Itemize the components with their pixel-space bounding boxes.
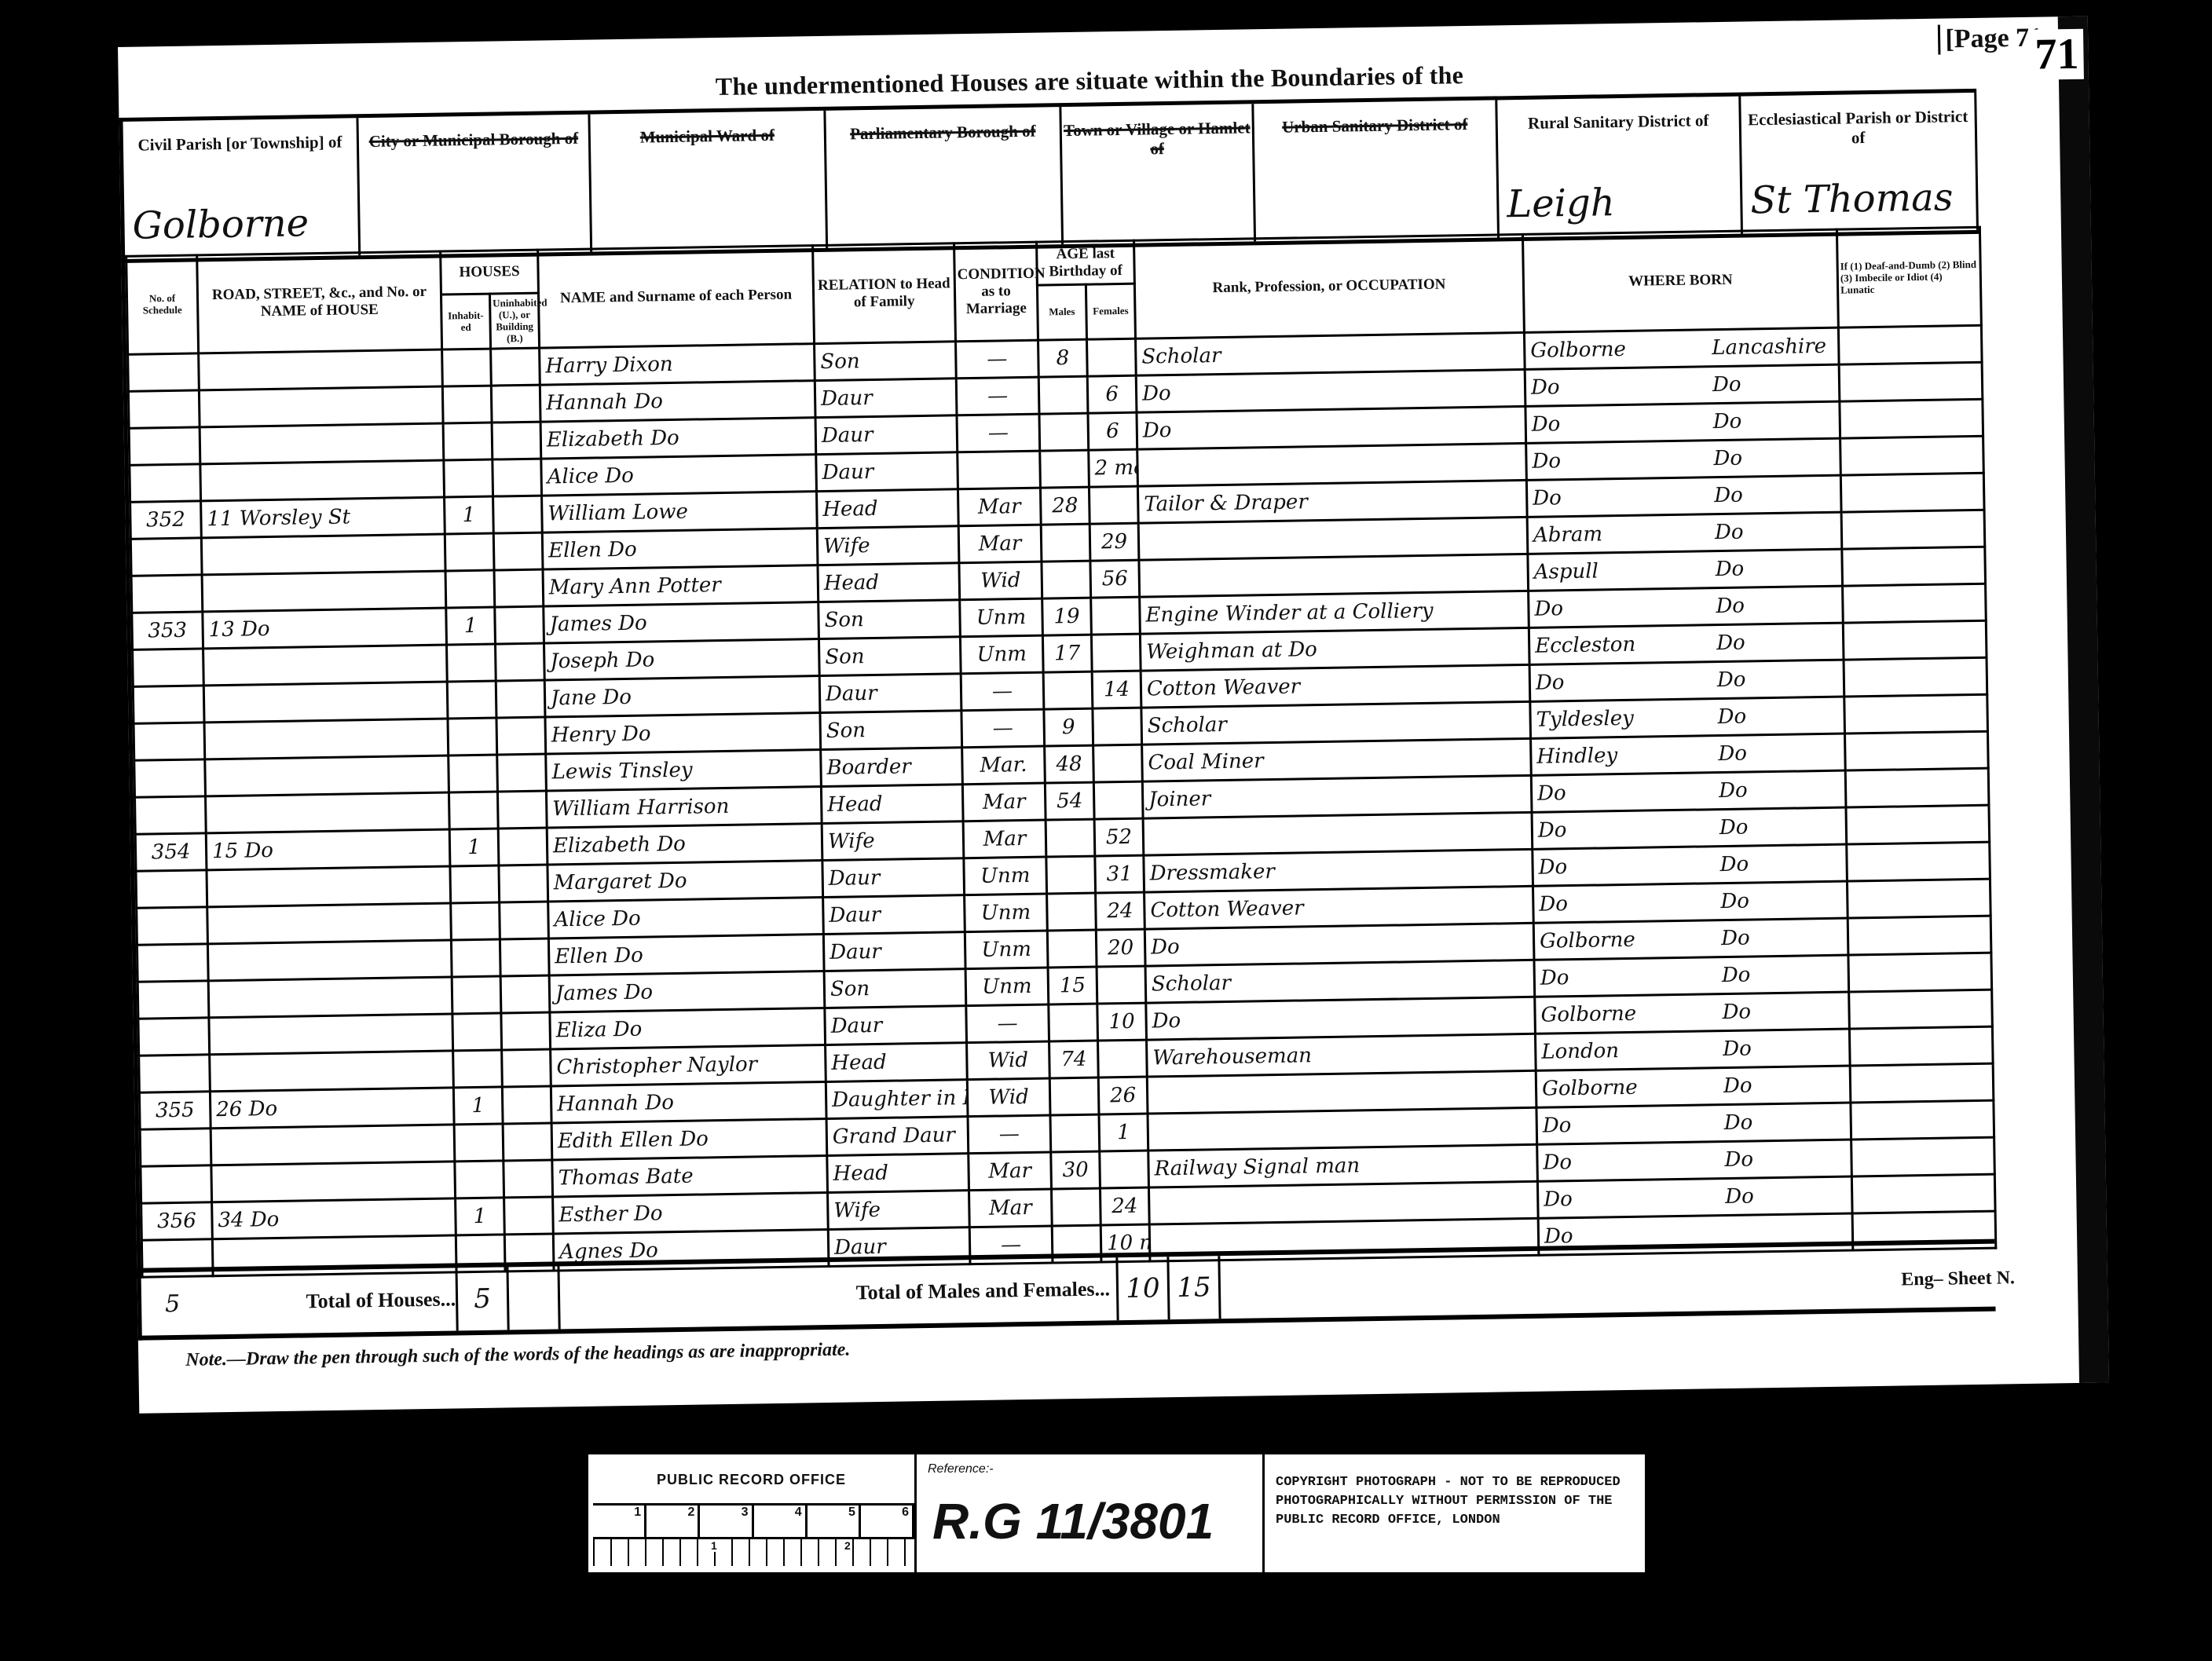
row-male-age: [1043, 672, 1093, 710]
row-relation: Grand Daur: [826, 1117, 969, 1156]
row-schedule: [138, 1018, 210, 1056]
row-female-age: [1091, 598, 1141, 635]
row-schedule: 355: [139, 1092, 211, 1129]
row-name: Edith Ellen Do: [551, 1119, 827, 1160]
district-value: St Thomas: [1750, 175, 1968, 222]
sheet-label: Eng– Sheet N.: [1901, 1268, 2015, 1290]
row-name: Mary Ann Potter: [543, 565, 819, 606]
district-label: Ecclesiastical Parish or District of: [1741, 107, 1976, 150]
row-schedule: [128, 353, 200, 391]
row-infirmity: [1851, 1101, 1994, 1140]
row-infirmity: [1838, 326, 1982, 365]
row-schedule: 354: [135, 833, 207, 871]
row-occupation: Do: [1144, 924, 1534, 967]
born-place: Do: [1539, 891, 1720, 917]
row-inhabited: 1: [453, 1087, 503, 1125]
ruler-tick-label: 6: [861, 1506, 914, 1537]
row-schedule: [134, 759, 206, 797]
born-county: Do: [1717, 705, 1746, 730]
row-infirmity: [1846, 806, 1990, 845]
row-infirmity: [1848, 916, 1991, 956]
row-inhabited: [450, 865, 500, 903]
row-road: [211, 1162, 456, 1202]
born-county: Do: [1724, 1111, 1753, 1136]
row-road: [205, 755, 449, 796]
row-female-age: 2 mo.: [1089, 450, 1138, 488]
row-female-age: 10: [1097, 1004, 1147, 1041]
row-infirmity: [1850, 1064, 1994, 1103]
row-infirmity: [1849, 1027, 1993, 1066]
row-occupation: [1148, 1108, 1537, 1151]
district-label: Parliamentary Borough of: [826, 121, 1060, 145]
row-inhabited: [448, 718, 497, 755]
record-office-title: PUBLIC RECORD OFFICE: [588, 1454, 914, 1488]
row-road: [208, 977, 452, 1018]
row-road: [207, 940, 452, 981]
total-houses-label: Total of Houses...: [212, 1287, 456, 1315]
ruler-tick-label: 1: [593, 1506, 646, 1537]
row-inhabited: [455, 1161, 504, 1198]
row-condition: Wid: [967, 1041, 1050, 1080]
row-inhabited: [442, 386, 492, 424]
row-name: Hannah Do: [540, 381, 815, 422]
row-male-age: [1046, 857, 1096, 895]
row-male-age: [1039, 414, 1089, 452]
born-place: Do: [1538, 817, 1719, 843]
born-county: Do: [1723, 1074, 1752, 1099]
row-name: Elizabeth Do: [547, 824, 822, 865]
row-condition: Wid: [967, 1078, 1050, 1117]
row-occupation: Cotton Weaver: [1144, 887, 1534, 930]
row-inhabited: [447, 681, 496, 719]
district-value: Leigh: [1507, 179, 1733, 227]
row-male-age: 9: [1044, 709, 1093, 747]
row-inhabited: [454, 1124, 504, 1162]
page-banner: The undermentioned Houses are situate wi…: [716, 60, 1464, 101]
row-name: Ellen Do: [548, 935, 824, 975]
row-uninhabited: [493, 533, 543, 571]
row-relation: Son: [819, 637, 961, 676]
row-relation: Daughter in Law: [826, 1080, 968, 1119]
row-road: [200, 460, 445, 501]
row-uninhabited: [492, 423, 541, 460]
district-urban-sanitary: Urban Sanitary District of: [1254, 100, 1500, 241]
row-road: [200, 423, 444, 464]
row-uninhabited: [493, 496, 543, 534]
row-occupation: Warehouseman: [1147, 1034, 1536, 1077]
row-male-age: [1049, 1077, 1099, 1115]
row-relation: Daur: [823, 932, 965, 971]
row-schedule: [137, 981, 209, 1019]
district-municipal-borough: City or Municipal Borough of: [358, 115, 592, 256]
row-infirmity: [1847, 843, 1990, 882]
row-where-born: LondonDo: [1535, 1029, 1850, 1070]
col-name: NAME and Surname of each Person: [538, 246, 815, 349]
row-occupation: Dressmaker: [1144, 850, 1533, 893]
row-where-born: GolborneDo: [1533, 918, 1848, 960]
row-where-born: AbramDo: [1527, 513, 1842, 554]
row-occupation: Do: [1136, 370, 1525, 413]
row-male-age: 17: [1042, 635, 1092, 673]
row-name: Alice Do: [548, 898, 824, 938]
row-road: 26 Do: [210, 1088, 454, 1129]
row-occupation: Coal Miner: [1142, 739, 1532, 782]
row-road: [199, 350, 443, 391]
row-uninhabited: [498, 828, 548, 865]
row-where-born: EcclestonDo: [1529, 624, 1844, 665]
row-name: Elizabeth Do: [540, 418, 816, 459]
row-where-born: TyldesleyDo: [1530, 697, 1845, 739]
row-name: Hannah Do: [551, 1082, 826, 1123]
row-schedule: [129, 427, 200, 465]
row-condition: Unm: [965, 931, 1048, 969]
row-female-age: 26: [1098, 1077, 1148, 1115]
row-infirmity: [1845, 769, 1989, 808]
born-place: Do: [1538, 854, 1719, 880]
row-female-age: [1093, 745, 1143, 783]
row-male-age: [1042, 562, 1091, 599]
district-label: Rural Sanitary District of: [1498, 111, 1739, 134]
row-schedule: [140, 1129, 211, 1166]
row-infirmity: [1847, 880, 1990, 919]
row-uninhabited: [495, 607, 544, 645]
reference-value: R.G 11/3801: [932, 1492, 1214, 1550]
row-relation: Head: [826, 1043, 968, 1082]
row-female-age: 6: [1088, 413, 1137, 451]
row-uninhabited: [502, 1049, 551, 1087]
row-condition: Mar: [963, 821, 1046, 859]
row-infirmity: [1844, 695, 1988, 734]
row-relation: Daur: [822, 858, 965, 898]
row-schedule: [130, 464, 201, 502]
born-place: Do: [1543, 1148, 1724, 1175]
born-county: Do: [1716, 595, 1745, 619]
row-uninhabited: [491, 349, 540, 386]
row-male-age: 15: [1048, 968, 1097, 1005]
ruler-tick-label: 1: [711, 1539, 717, 1552]
district-parliamentary-borough: Parliamentary Borough of: [826, 107, 1064, 248]
row-road: [211, 1125, 455, 1165]
born-place: Golborne: [1540, 927, 1721, 954]
row-name: William Harrison: [546, 787, 822, 828]
row-male-age: [1047, 931, 1097, 968]
row-female-age: [1098, 1041, 1148, 1078]
row-female-age: 31: [1095, 856, 1144, 894]
row-road: [201, 534, 445, 575]
district-label: Municipal Ward of: [591, 125, 824, 148]
row-occupation: [1143, 813, 1533, 856]
born-county: Do: [1721, 927, 1750, 951]
row-schedule: [130, 538, 202, 576]
row-occupation: Do: [1146, 997, 1536, 1041]
row-condition: —: [968, 1115, 1051, 1154]
row-road: [199, 386, 443, 427]
row-where-born: DoDo: [1525, 365, 1840, 407]
born-county: Do: [1715, 558, 1744, 582]
row-uninhabited: [503, 1123, 552, 1161]
col-where-born: WHERE BORN: [1522, 229, 1838, 333]
row-female-age: [1093, 782, 1143, 820]
census-table: No. of Schedule ROAD, STREET, &c., and N…: [125, 226, 1997, 1279]
born-county: Do: [1715, 521, 1744, 545]
born-county: Do: [1712, 373, 1741, 397]
row-inhabited: [442, 349, 492, 387]
row-where-born: DoDo: [1531, 771, 1846, 813]
row-occupation: Scholar: [1136, 333, 1525, 376]
row-where-born: HindleyDo: [1531, 734, 1846, 776]
row-road: [204, 719, 449, 759]
row-condition: Unm: [965, 894, 1048, 932]
row-uninhabited: [493, 459, 542, 497]
row-name: Thomas Bate: [552, 1156, 828, 1197]
col-infirmity: If (1) Deaf-and-Dumb (2) Blind (3) Imbec…: [1837, 227, 1981, 327]
row-female-age: [1100, 1151, 1149, 1189]
row-inhabited: [444, 460, 493, 498]
row-relation: Boarder: [821, 748, 963, 787]
row-name: Margaret Do: [548, 861, 823, 902]
row-occupation: Railway Signal man: [1148, 1145, 1538, 1188]
ruler-tick-label: 2: [646, 1506, 700, 1537]
row-female-age: [1097, 967, 1146, 1004]
row-uninhabited: [497, 791, 547, 829]
born-place: Do: [1532, 411, 1713, 437]
row-male-age: 30: [1051, 1151, 1101, 1189]
born-place: Do: [1532, 448, 1713, 474]
row-relation: Head: [817, 489, 959, 529]
row-uninhabited: [504, 1197, 554, 1235]
census-page: [Page 71 71 The undermentioned Houses ar…: [118, 16, 2109, 1414]
row-occupation: Do: [1137, 407, 1526, 450]
district-label: City or Municipal Borough of: [359, 129, 588, 152]
row-condition: Mar: [969, 1189, 1053, 1227]
row-relation: Daur: [819, 674, 961, 713]
born-place: Tyldesley: [1536, 706, 1717, 733]
row-condition: Mar: [958, 525, 1042, 564]
born-county: Do: [1713, 447, 1742, 471]
row-road: [207, 903, 452, 944]
row-inhabited: [449, 792, 498, 829]
row-occupation: [1139, 554, 1529, 598]
row-name: Harry Dixon: [540, 344, 815, 385]
row-name: Lewis Tinsley: [546, 750, 822, 791]
born-place: Golborne: [1540, 1001, 1722, 1028]
row-inhabited: [452, 976, 501, 1014]
born-county: Lancashire: [1712, 335, 1826, 360]
row-road: [207, 866, 451, 907]
row-male-age: [1050, 1114, 1100, 1152]
born-place: Do: [1540, 964, 1722, 991]
total-females: 15: [1166, 1256, 1221, 1319]
row-uninhabited: [494, 570, 544, 608]
row-male-age: [1049, 1004, 1098, 1042]
row-male-age: 48: [1045, 746, 1094, 784]
row-inhabited: [451, 939, 500, 977]
row-inhabited: 1: [456, 1198, 505, 1235]
col-road: ROAD, STREET, &c., and No. or NAME of HO…: [197, 251, 442, 353]
row-relation: Daur: [816, 452, 958, 492]
born-place: Do: [1537, 780, 1719, 807]
row-condition: —: [961, 710, 1045, 748]
row-infirmity: [1840, 437, 1984, 476]
row-occupation: Cotton Weaver: [1141, 665, 1530, 708]
row-schedule: [133, 649, 204, 686]
row-schedule: 353: [132, 612, 203, 649]
born-county: Do: [1714, 484, 1743, 508]
row-infirmity: [1840, 400, 1983, 439]
row-occupation: [1147, 1071, 1536, 1114]
born-place: Do: [1531, 374, 1712, 401]
row-where-born: DoDo: [1537, 1140, 1852, 1181]
row-schedule: 352: [130, 501, 202, 539]
row-condition: —: [956, 341, 1039, 379]
row-condition: —: [961, 673, 1044, 712]
row-schedule: [133, 686, 204, 723]
row-road: [206, 792, 450, 833]
record-office-ruler-panel: PUBLIC RECORD OFFICE 1 2 3 4 5 6 1 2: [588, 1454, 917, 1572]
row-female-age: 24: [1100, 1188, 1149, 1226]
row-uninhabited: [504, 1160, 553, 1198]
born-place: Eccleston: [1535, 632, 1716, 659]
row-condition: Mar: [958, 488, 1041, 527]
row-where-born: DoDo: [1536, 1103, 1851, 1144]
row-uninhabited: [500, 938, 549, 976]
row-schedule: 356: [141, 1202, 213, 1240]
row-road: [203, 645, 448, 686]
row-schedule: [128, 390, 200, 428]
row-uninhabited: [500, 902, 549, 939]
row-schedule: [134, 723, 205, 760]
row-occupation: Scholar: [1145, 960, 1535, 1004]
row-relation: Wife: [817, 526, 959, 565]
row-female-age: 24: [1096, 893, 1145, 931]
col-schedule: No. of Schedule: [126, 255, 199, 355]
row-male-age: [1038, 377, 1088, 415]
row-inhabited: [452, 1013, 502, 1051]
row-infirmity: [1843, 584, 1987, 624]
born-county: Do: [1720, 890, 1749, 914]
row-occupation: [1148, 1182, 1538, 1225]
row-relation: Head: [818, 563, 960, 602]
row-where-born: DoDo: [1526, 439, 1841, 481]
row-road: [209, 1014, 453, 1055]
born-county: Do: [1716, 631, 1745, 656]
row-relation: Daur: [825, 1006, 967, 1045]
born-place: London: [1541, 1038, 1723, 1065]
row-female-age: 14: [1092, 671, 1141, 709]
row-occupation: Weighman at Do: [1140, 628, 1529, 671]
row-where-born: DoDo: [1525, 402, 1840, 444]
row-inhabited: [453, 1050, 503, 1088]
born-place: Do: [1536, 669, 1717, 696]
born-county: Do: [1718, 742, 1747, 766]
row-female-age: 52: [1094, 819, 1144, 857]
row-condition: —: [966, 1004, 1049, 1043]
row-name: William Lowe: [542, 492, 818, 532]
district-value: Golborne: [132, 200, 350, 247]
row-female-age: [1087, 339, 1137, 377]
row-male-age: 54: [1045, 783, 1094, 821]
district-municipal-ward: Municipal Ward of: [590, 111, 828, 252]
row-condition: —: [957, 415, 1040, 453]
row-female-age: 56: [1090, 561, 1140, 598]
scale-ruler: 1 2 3 4 5 6 1 2: [593, 1503, 914, 1566]
row-occupation: [1137, 444, 1527, 487]
folio-stamp: 71: [2030, 29, 2084, 80]
row-infirmity: [1848, 953, 1992, 993]
row-name: Christopher Naylor: [551, 1045, 826, 1086]
row-where-born: AspullDo: [1528, 550, 1843, 591]
row-inhabited: 1: [449, 829, 499, 866]
ruler-tick-label: 5: [808, 1506, 861, 1537]
col-occupation: Rank, Profession, or OCCUPATION: [1134, 234, 1525, 338]
row-inhabited: [451, 902, 500, 940]
row-male-age: [1051, 1188, 1101, 1226]
row-road: [202, 571, 446, 612]
born-place: Abram: [1533, 521, 1715, 548]
row-road: 13 Do: [203, 608, 447, 649]
row-infirmity: [1839, 363, 1983, 402]
row-relation: Son: [824, 969, 966, 1008]
row-male-age: 8: [1038, 340, 1088, 378]
row-relation: Daur: [815, 415, 958, 455]
row-female-age: 1: [1099, 1114, 1148, 1152]
row-schedule: [135, 796, 207, 834]
row-male-age: 28: [1040, 488, 1090, 525]
born-place: Do: [1543, 1111, 1724, 1138]
born-county: Do: [1719, 853, 1749, 877]
row-female-age: 29: [1090, 524, 1139, 562]
row-inhabited: [447, 644, 496, 682]
born-county: Do: [1713, 410, 1742, 434]
row-condition: Wid: [959, 562, 1042, 601]
district-town-village: Town or Village or Hamlet of: [1061, 104, 1256, 244]
district-label: Urban Sanitary District of: [1254, 114, 1496, 137]
row-schedule: [139, 1055, 211, 1092]
row-uninhabited: [500, 975, 550, 1013]
row-where-born: DoDo: [1526, 476, 1841, 518]
row-infirmity: [1851, 1175, 1995, 1214]
row-schedule: [136, 870, 207, 908]
born-county: Do: [1723, 1037, 1752, 1062]
row-occupation: Scholar: [1141, 702, 1531, 745]
district-label: Town or Village or Hamlet of: [1062, 118, 1253, 160]
row-name: James Do: [544, 602, 819, 643]
row-road: [203, 682, 448, 723]
row-inhabited: [445, 534, 494, 572]
row-condition: Mar: [969, 1152, 1052, 1191]
row-female-age: [1093, 708, 1142, 746]
district-civil-parish: Civil Parish [or Township] of Golborne: [123, 118, 361, 259]
row-uninhabited: [496, 681, 545, 719]
row-relation: Daur: [815, 379, 957, 418]
row-female-age: [1089, 487, 1138, 525]
row-occupation: [1138, 518, 1528, 561]
row-occupation: Joiner: [1142, 776, 1532, 819]
col-relation: RELATION to Head of Family: [813, 243, 956, 344]
row-female-age: [1091, 635, 1141, 672]
row-uninhabited: [499, 865, 548, 902]
row-schedule: [141, 1165, 212, 1203]
row-male-age: [1041, 525, 1090, 562]
reference-label: Reference:-: [917, 1454, 1262, 1484]
page-label: [Page 71: [1938, 24, 2042, 55]
census-rows: Harry DixonSon—8ScholarGolborneLancashir…: [128, 326, 1996, 1278]
row-where-born: GolborneLancashire: [1524, 328, 1839, 370]
row-name: Henry Do: [545, 713, 821, 754]
row-name: Ellen Do: [542, 529, 818, 569]
row-occupation: Tailor & Draper: [1137, 481, 1527, 524]
row-infirmity: [1849, 990, 1993, 1030]
